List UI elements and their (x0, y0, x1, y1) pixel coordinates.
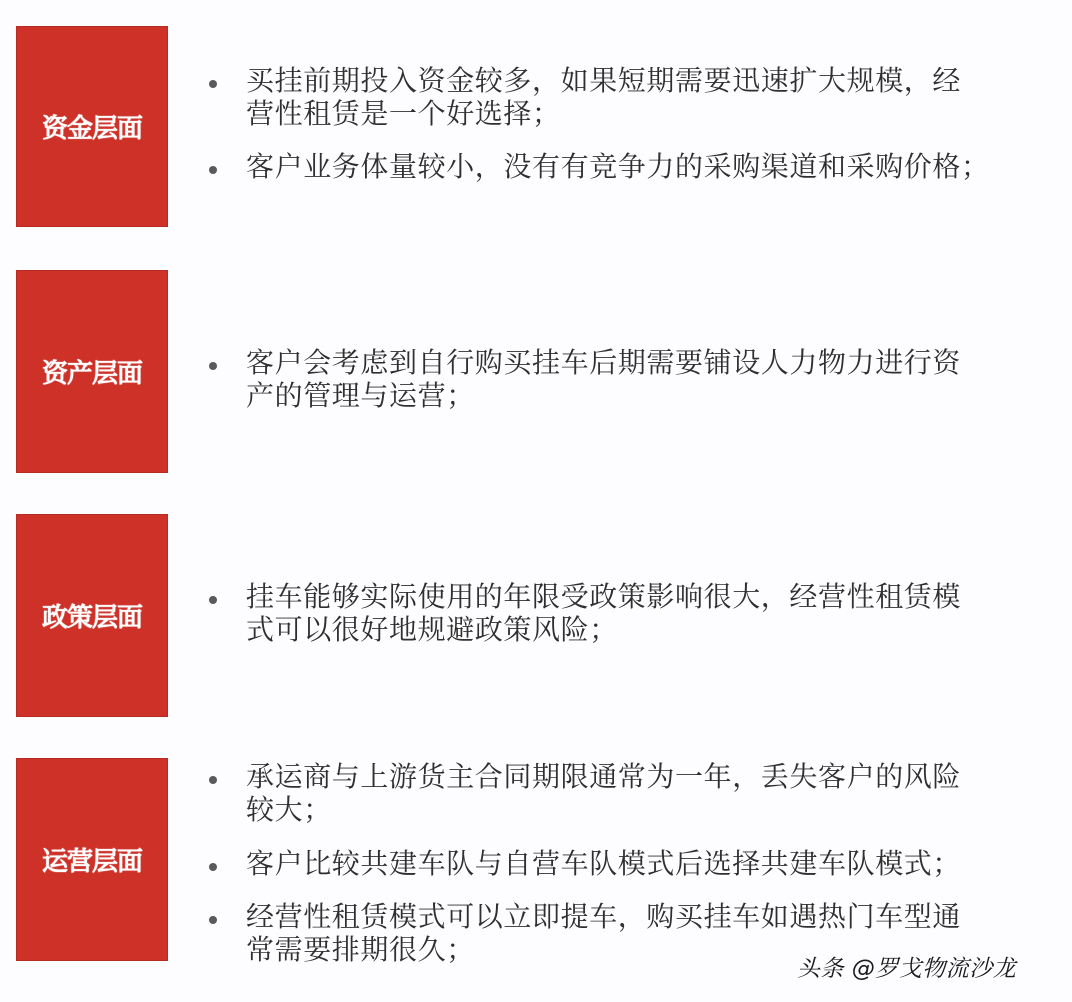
bullet-dot-icon (209, 80, 217, 88)
bullet-text: 挂车能够实际使用的年限受政策影响很大，经营性租赁模 式可以很好地规避政策风险； (246, 580, 1006, 646)
bullet-dot-icon (209, 776, 217, 784)
bullet-dot-icon (209, 916, 217, 924)
bullet-dot-icon (209, 362, 217, 370)
bullet-dot-icon (209, 166, 217, 174)
section-tag-label: 政策层面 (42, 597, 142, 634)
section-tag-policy: 政策层面 (16, 514, 168, 717)
bullet-text: 客户会考虑到自行购买挂车后期需要铺设人力物力进行资 产的管理与运营； (246, 346, 1006, 412)
bullet-text: 承运商与上游货主合同期限通常为一年，丢失客户的风险 较大； (246, 760, 1006, 826)
section-tag-operations: 运营层面 (16, 758, 168, 961)
watermark: 头条 @罗戈物流沙龙 (797, 950, 1016, 983)
section-tag-label: 资金层面 (42, 108, 142, 145)
bullet-text: 客户比较共建车队与自营车队模式后选择共建车队模式； (246, 847, 1006, 880)
bullet-dot-icon (209, 863, 217, 871)
bullet-text: 买挂前期投入资金较多，如果短期需要迅速扩大规模，经 营性租赁是一个好选择； (246, 64, 1006, 130)
section-tag-funding: 资金层面 (16, 26, 168, 227)
section-tag-label: 运营层面 (42, 841, 142, 878)
section-tag-assets: 资产层面 (16, 270, 168, 473)
bullet-text: 客户业务体量较小，没有有竞争力的采购渠道和采购价格； (246, 150, 1006, 183)
section-tag-label: 资产层面 (42, 353, 142, 390)
bullet-dot-icon (209, 596, 217, 604)
